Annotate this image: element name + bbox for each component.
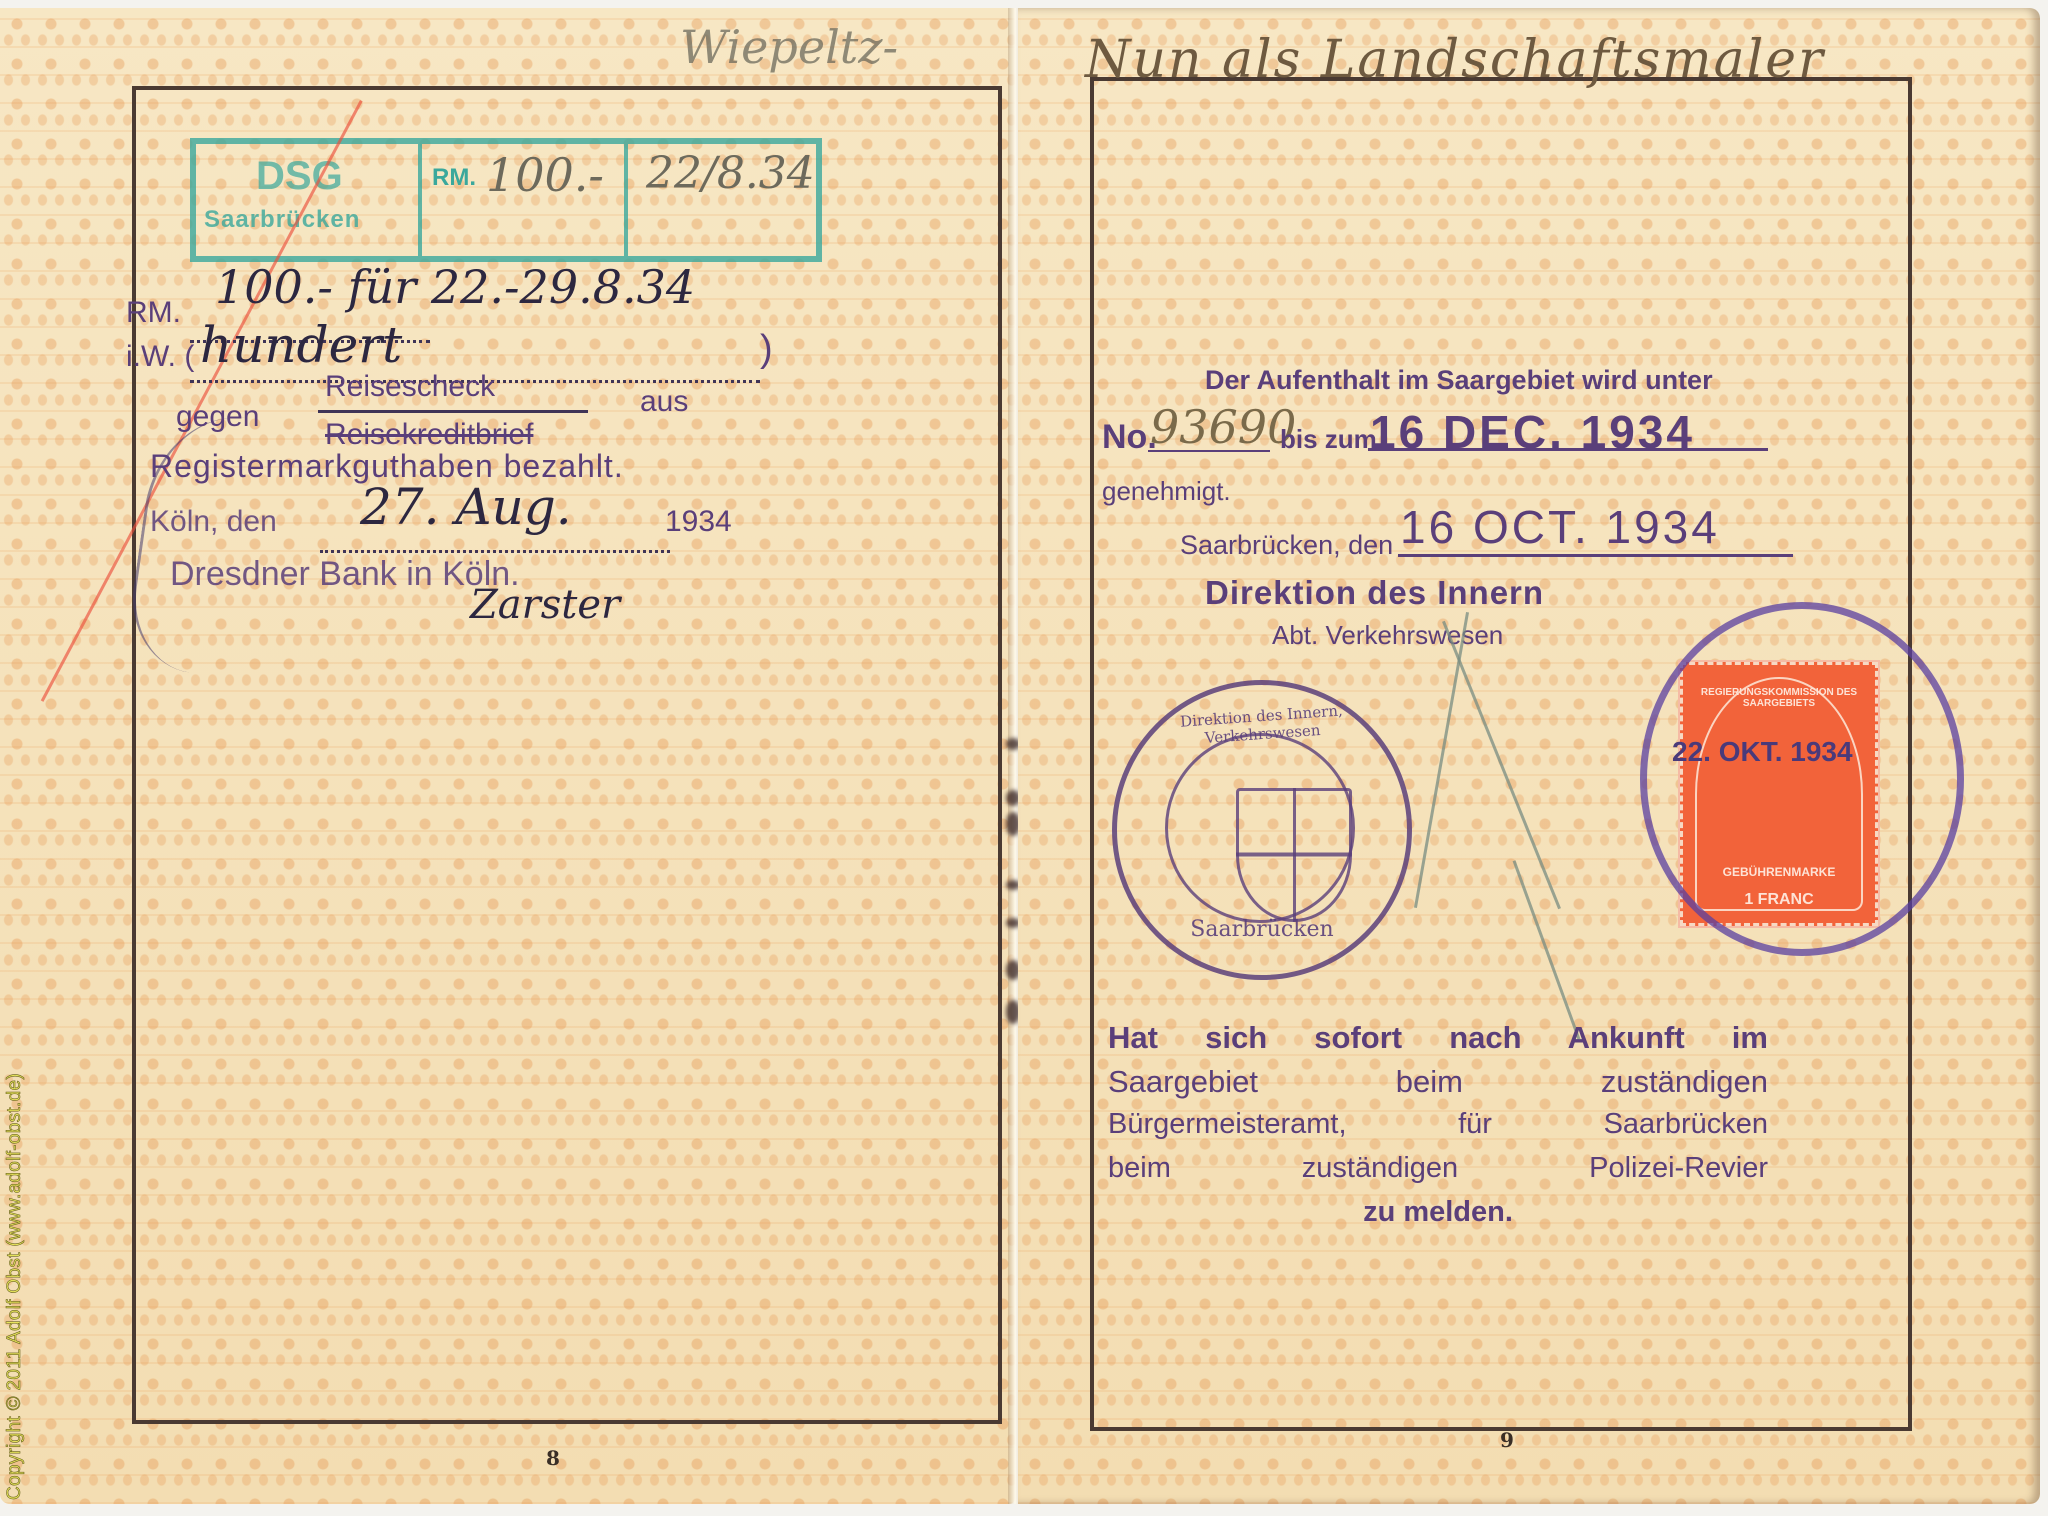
iw-close: ) [760,328,773,371]
registration-instructions: Hat sich sofort nach Ankunft im Saargebi… [1108,1020,1768,1229]
instruction-line: zu melden. [1108,1196,1768,1229]
seal-bottom-text: Saarbrücken [1157,917,1367,942]
issue-date: 16 OCT. 1934 [1400,500,1720,554]
gegen-label: gegen [176,400,259,434]
cancellation-date: 22. OKT. 1934 [1672,736,1853,768]
authority-name: Direktion des Innern [1205,574,1544,612]
place-date-label: Saarbrücken, den [1180,530,1393,561]
exchange-stamp-amount: 100.- [486,148,604,202]
coat-of-arms-icon [1236,788,1352,922]
stay-permit-line: Der Aufenthalt im Saargebiet wird unter [1205,365,1713,396]
exchange-stamp-date: 22/8.34 [646,148,815,199]
payment-date-handwritten: 27. Aug. [360,478,572,536]
permit-number: 93690 [1150,400,1296,454]
exchange-stamp-city: Saarbrücken [204,206,360,234]
until-label: bis zum [1280,424,1377,455]
instruction-line: beim zuständigen Polizei-Revier [1108,1152,1768,1196]
rm-handwritten-value: 100.- für 22.-29.8.34 [215,260,695,314]
payment-year: 1934 [665,505,732,539]
option-reisekreditbrief-struck: Reisekreditbrief [325,418,533,452]
top-pencil-note: Wiepeltz- [680,20,898,74]
cancellation-postmark [1640,602,1964,956]
top-handwritten-note: Nun als Landschaftsmaler [1085,30,1825,90]
bank-name: Dresdner Bank in Köln. [170,555,520,594]
iw-handwritten-value: hundert [200,316,402,374]
page-number-left: 8 [546,1446,560,1470]
iw-label: i.W. ( [126,340,194,374]
instruction-line: Saargebiet beim zuständigen [1108,1064,1768,1108]
authority-department: Abt. Verkehrswesen [1272,620,1503,651]
copyright-watermark: Copyright © 2011 Adolf Obst (www.adolf-o… [4,1073,26,1500]
aus-label: aus [640,385,688,419]
option-reisescheck: Reisescheck [325,370,495,404]
place-date-prefix: Köln, den [150,505,277,539]
rm-label: RM. [126,296,181,330]
exchange-stamp-currency: RM. [432,164,476,192]
instruction-line: Hat sich sofort nach Ankunft im [1108,1020,1768,1064]
bank-signature: Zarster [470,582,620,628]
official-round-seal: Direktion des Innern, Verkehrswesen Saar… [1112,680,1412,980]
approved-label: genehmigt. [1102,476,1231,507]
instruction-line: Bürgermeisteramt, für Saarbrücken [1108,1108,1768,1152]
page-number-right: 9 [1500,1428,1514,1452]
